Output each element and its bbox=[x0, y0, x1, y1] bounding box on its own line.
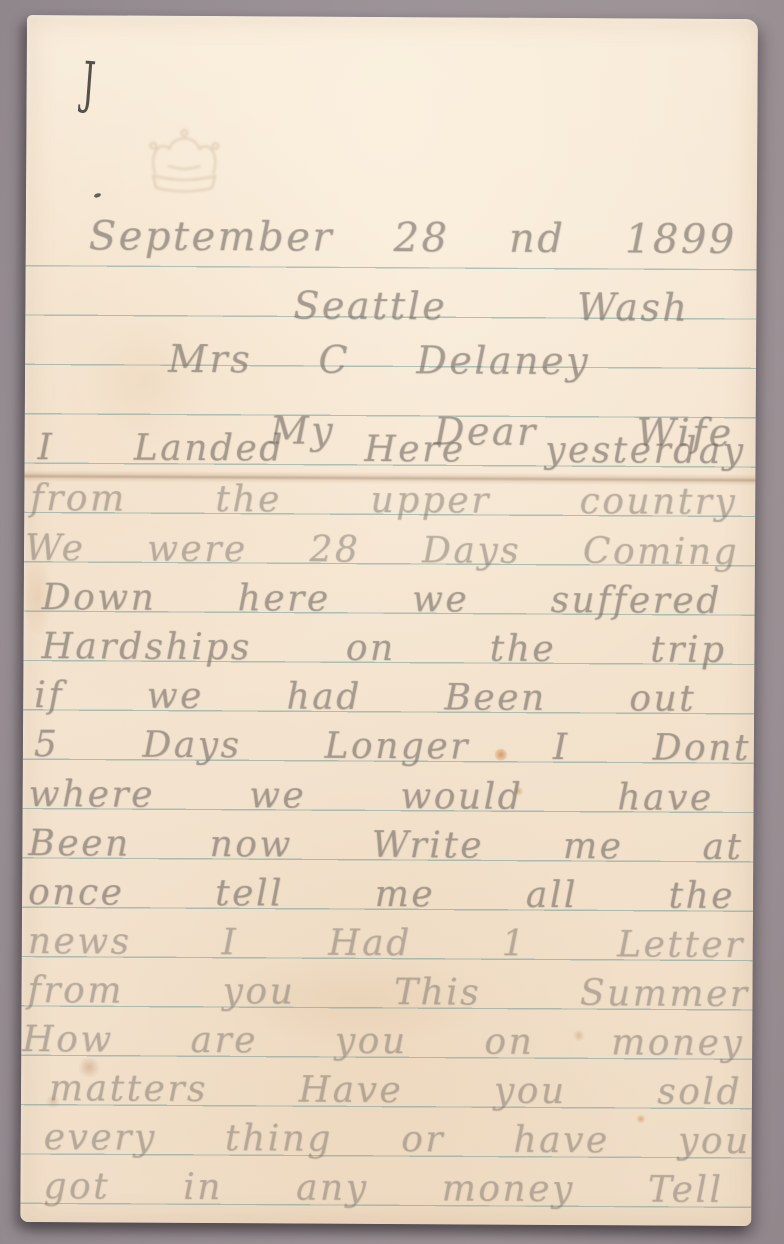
handwriting-recipient-line: Mrs C Delaney bbox=[168, 336, 590, 386]
handwriting-line: once tell me all the bbox=[28, 870, 735, 922]
handwriting-line: matters Have you sold bbox=[49, 1066, 742, 1118]
ink-speck bbox=[94, 192, 102, 198]
handwriting-line: How are you on money bbox=[22, 1017, 744, 1069]
crown-embossment-watermark bbox=[138, 122, 230, 205]
letter-paper: J September 28 nd 1899 Seattle Wash Mrs … bbox=[20, 15, 758, 1226]
handwriting-line: every thing or have you bbox=[44, 1115, 751, 1167]
handwriting-line: Down here we suffered bbox=[42, 575, 722, 627]
handwriting-line: news I Had 1 Letter bbox=[28, 919, 745, 971]
handwriting-line: Been now Write me at bbox=[28, 821, 743, 873]
rust-stain bbox=[572, 1030, 585, 1041]
handwriting-line: from you This Summer bbox=[27, 968, 749, 1020]
handwriting-line: 5 Days Longer I Dont bbox=[34, 722, 751, 774]
handwriting-line: I Landed Here yesterday bbox=[37, 425, 745, 477]
smudge-stain bbox=[221, 951, 492, 1048]
foxing-stain bbox=[77, 1057, 101, 1077]
rust-stain bbox=[636, 1114, 646, 1123]
ink-pen-mark: J bbox=[81, 55, 98, 112]
smudge-stain bbox=[85, 315, 206, 446]
handwriting-place-line: Seattle Wash bbox=[293, 282, 689, 332]
fold-crease bbox=[24, 470, 755, 486]
handwriting-line: if we had Been out bbox=[34, 673, 696, 725]
letter-scan-backdrop: J September 28 nd 1899 Seattle Wash Mrs … bbox=[0, 0, 784, 1244]
foxing-stain bbox=[45, 1095, 61, 1108]
ruled-lines bbox=[20, 265, 756, 1208]
handwriting-date-line: September 28 nd 1899 bbox=[89, 210, 737, 268]
edge-stain bbox=[24, 560, 52, 635]
rust-stain bbox=[494, 749, 508, 761]
handwriting-salutation-line: My Dear Wife bbox=[270, 407, 734, 458]
handwriting-line: Hardships on the trip bbox=[41, 624, 726, 676]
rust-stain bbox=[514, 787, 524, 796]
handwriting-line: We were 28 Days Coming bbox=[25, 526, 739, 578]
handwriting-line: where we would have bbox=[29, 772, 714, 824]
handwriting-line: got in any money Tell bbox=[43, 1164, 723, 1216]
